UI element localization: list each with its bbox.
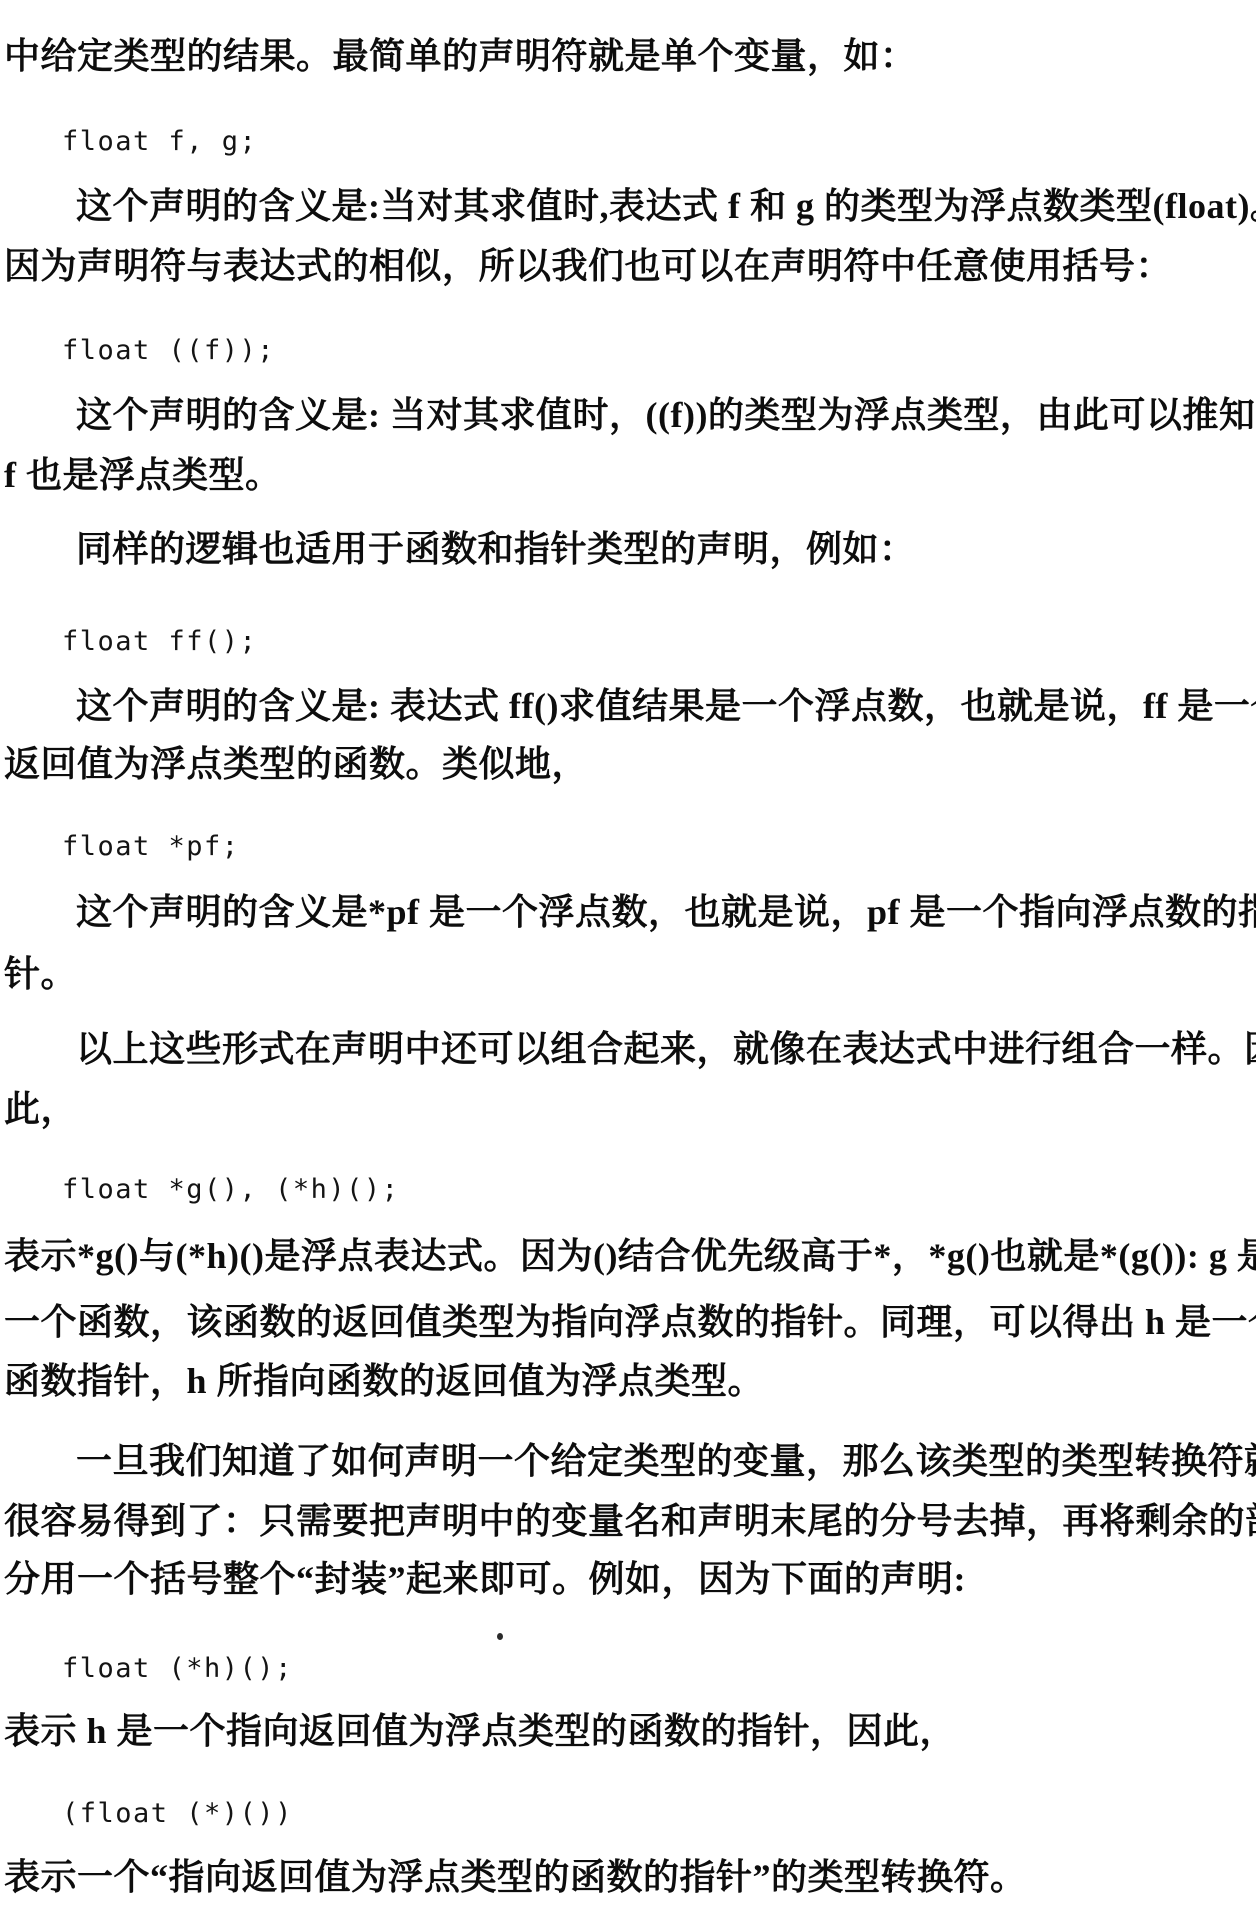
code-line: float f, g;: [62, 125, 257, 159]
text-line: 同样的逻辑也适用于函数和指针类型的声明，例如：: [76, 527, 916, 571]
text-line: 中给定类型的结果。最简单的声明符就是单个变量，如：: [4, 34, 917, 78]
text-line: 一个函数，该函数的返回值类型为指向浮点数的指针。同理，可以得出 h 是一个: [4, 1300, 1256, 1344]
text-line: 表示*g()与(*h)()是浮点表达式。因为()结合优先级高于*，*g()也就是…: [4, 1234, 1256, 1278]
text-line: 函数指针，h 所指向函数的返回值为浮点类型。: [4, 1359, 764, 1403]
code-line: float (*h)();: [62, 1652, 293, 1686]
text-line: 因为声明符与表达式的相似，所以我们也可以在声明符中任意使用括号：: [4, 244, 1172, 288]
text-line: 分用一个括号整个“封装”起来即可。例如，因为下面的声明:: [4, 1557, 966, 1601]
text-line: 针。: [4, 952, 77, 996]
code-line: float *pf;: [62, 830, 240, 864]
code-line: float *g(), (*h)();: [62, 1173, 399, 1207]
scanned-book-page: 中给定类型的结果。最简单的声明符就是单个变量，如： float f, g; 这个…: [0, 0, 1256, 1908]
text-line: 一旦我们知道了如何声明一个给定类型的变量，那么该类型的类型转换符就: [76, 1439, 1256, 1483]
text-line: 此，: [4, 1087, 77, 1131]
text-line: 表示一个“指向返回值为浮点类型的函数的指针”的类型转换符。: [4, 1855, 1027, 1899]
code-line: (float (*)()): [62, 1797, 293, 1831]
code-line: float ff();: [62, 625, 257, 659]
text-line: 这个声明的含义是*pf 是一个浮点数，也就是说，pf 是一个指向浮点数的指: [76, 890, 1256, 934]
text-line: 这个声明的含义是: 表达式 ff()求值结果是一个浮点数，也就是说，ff 是一个: [76, 684, 1256, 728]
text-line: f 也是浮点类型。: [4, 453, 282, 497]
scan-speck: [497, 1633, 503, 1640]
text-line: 以上这些形式在声明中还可以组合起来，就像在表达式中进行组合一样。因: [76, 1027, 1256, 1071]
code-line: float ((f));: [62, 334, 275, 368]
text-line: 表示 h 是一个指向返回值为浮点类型的函数的指针，因此，: [4, 1709, 956, 1753]
text-line: 这个声明的含义是: 当对其求值时，((f))的类型为浮点类型，由此可以推知，: [76, 393, 1256, 437]
text-line: 这个声明的含义是:当对其求值时,表达式 f 和 g 的类型为浮点数类型(floa…: [76, 184, 1256, 228]
text-line: 返回值为浮点类型的函数。类似地，: [4, 742, 588, 786]
text-line: 很容易得到了：只需要把声明中的变量名和声明末尾的分号去掉，再将剩余的部: [4, 1499, 1256, 1543]
